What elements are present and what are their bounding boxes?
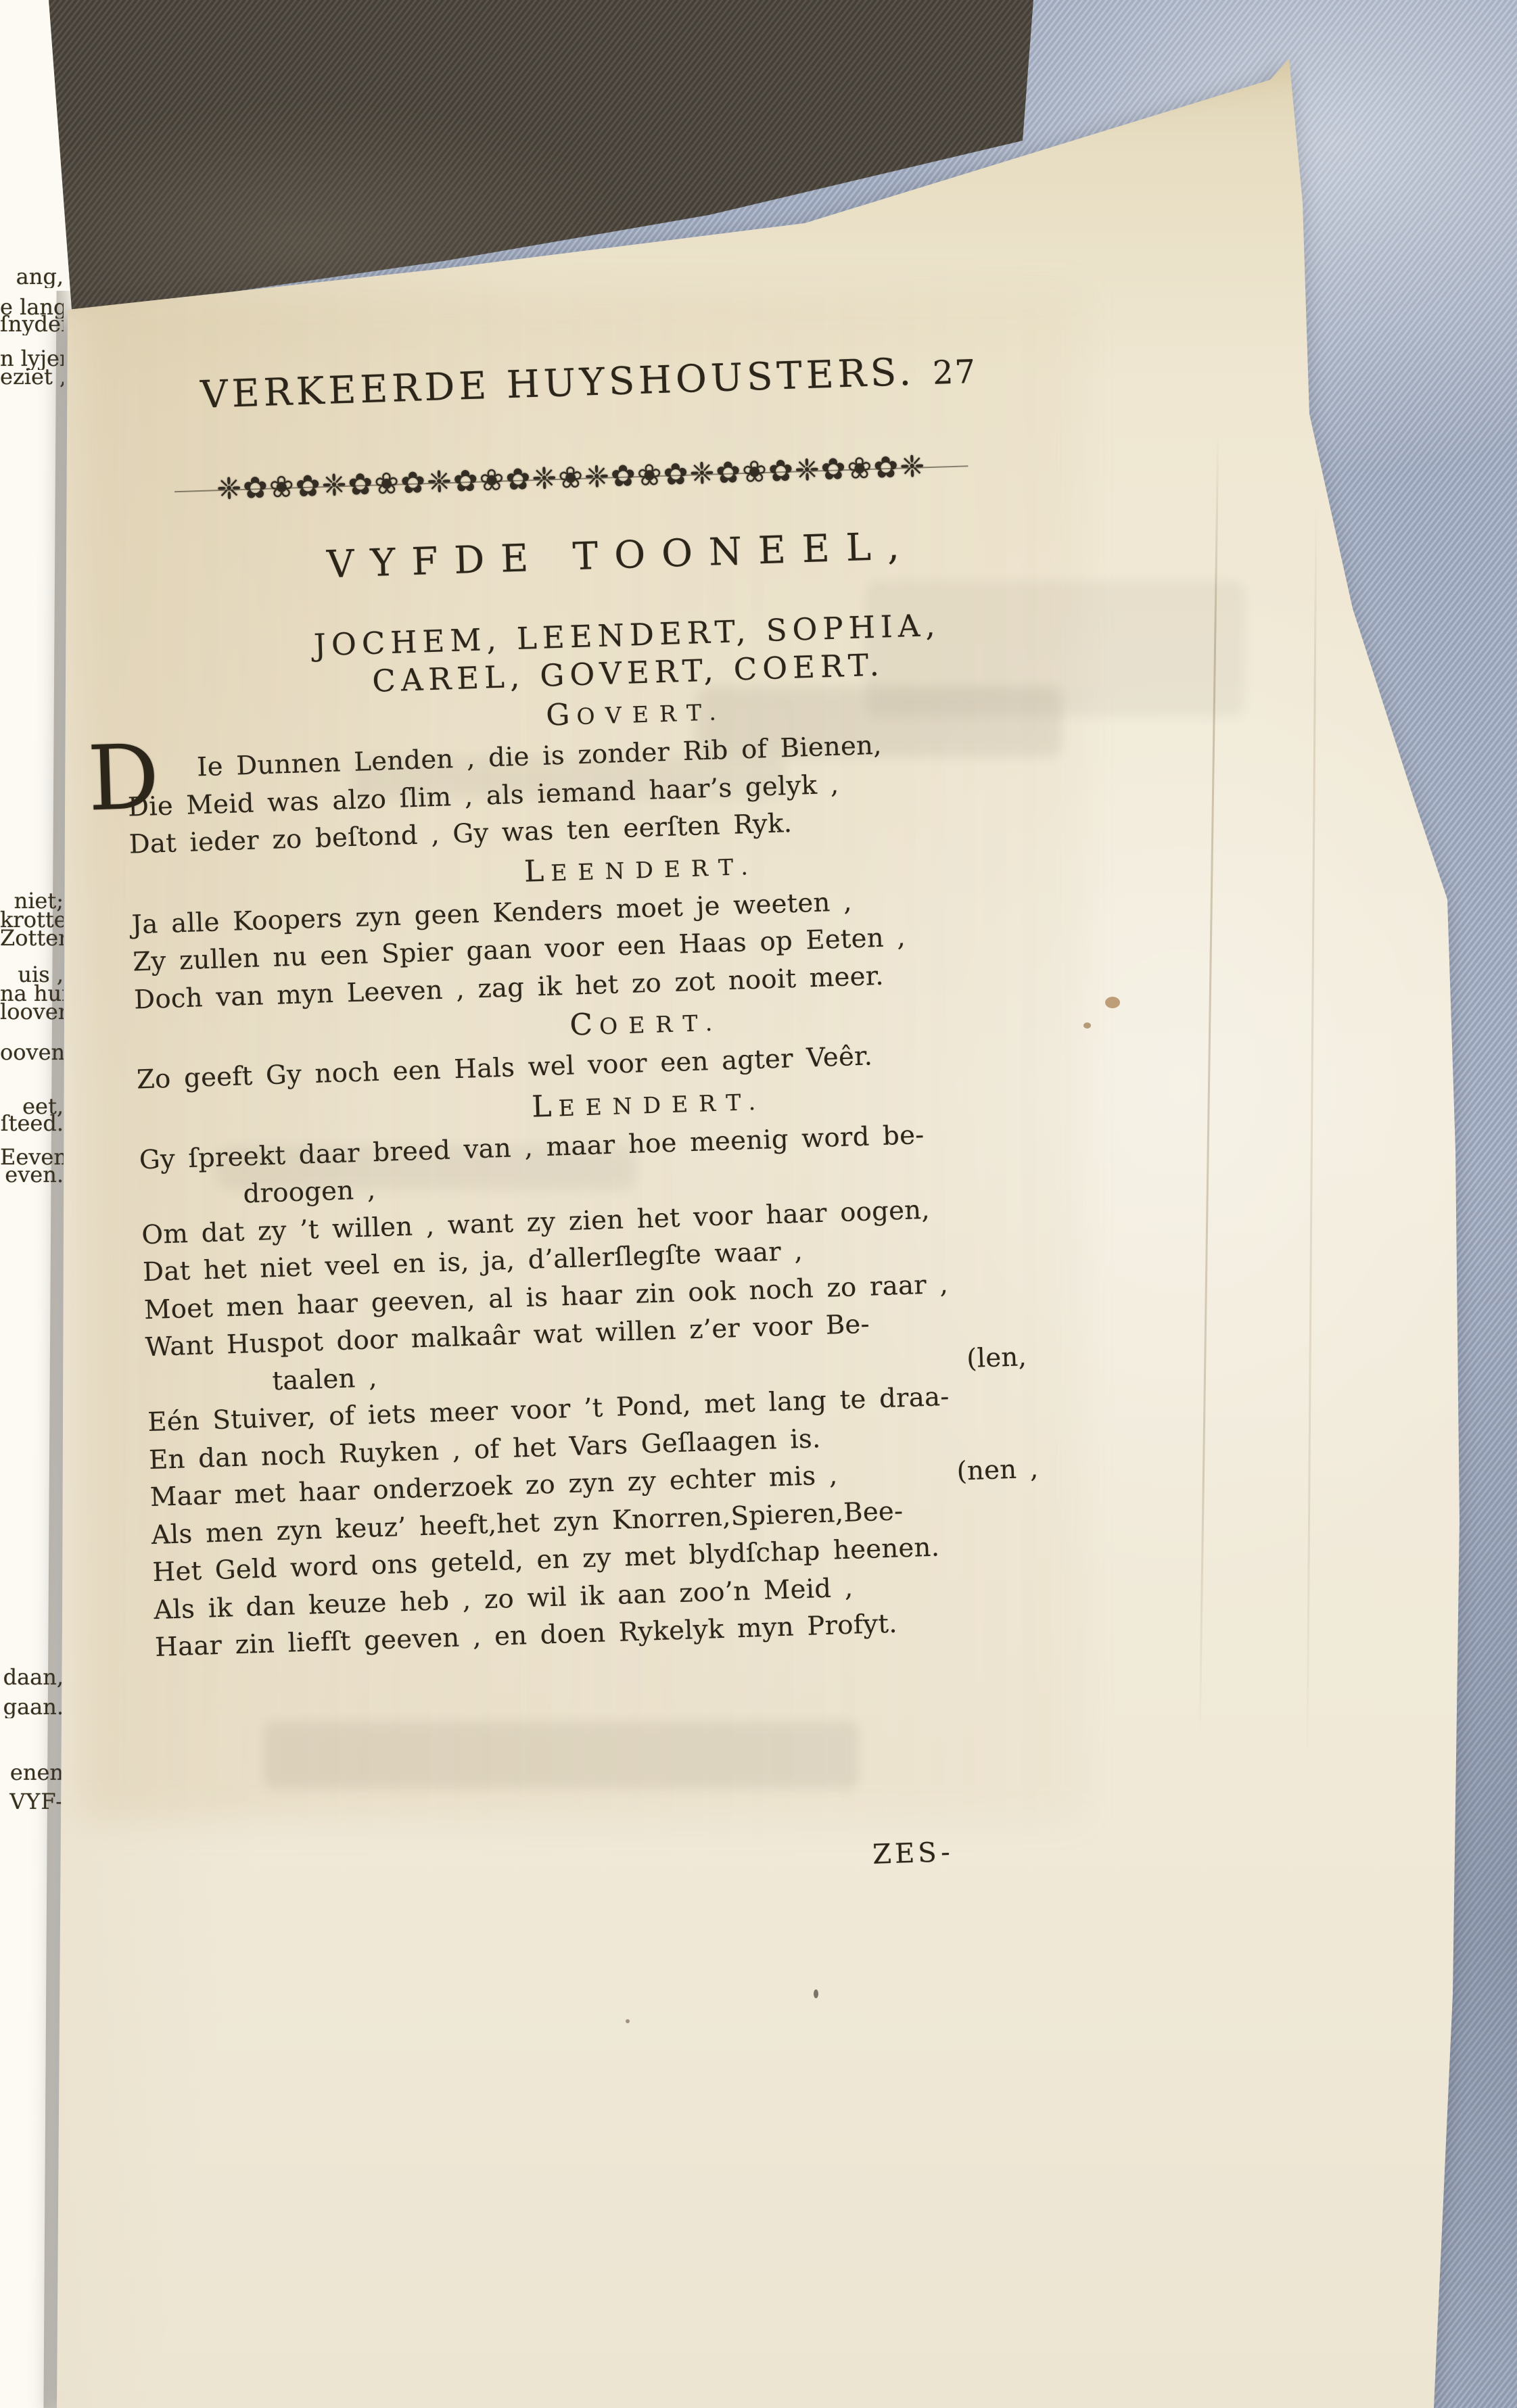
running-head-title: VERKEERDE HUYSHOUSTERS.	[200, 350, 916, 417]
paper-crease	[1306, 500, 1317, 1772]
catchword: ZES-	[162, 1831, 1070, 1894]
foxing-spot	[1105, 997, 1120, 1008]
text-column: VERKEERDE HUYSHOUSTERS.27 ❈✿❀✿❈✿❀✿❈✿❀✿❈❀…	[114, 337, 1070, 1895]
ink-fleck	[626, 2019, 630, 2023]
ink-fleck	[814, 1989, 818, 1998]
verse-text: taalen ,	[272, 1363, 378, 1396]
foxing-spot	[1083, 1022, 1091, 1029]
turnover-text: (nen ,	[956, 1450, 1039, 1490]
scene-title: VYFDE TOONEEL,	[120, 519, 1029, 596]
foxing-spot	[35, 655, 47, 663]
page-wrap: VERKEERDE HUYSHOUSTERS.27 ❈✿❀✿❈✿❀✿❈✿❀✿❈❀…	[0, 0, 1517, 2408]
page-top-toning	[27, 0, 1353, 329]
book-page-photo: ang, e lang, ſnyden. n lyjen; eziet , ni…	[0, 0, 1517, 2408]
page-number: 27	[932, 353, 977, 392]
turnover-text: (len,	[966, 1338, 1027, 1377]
printers-ornament: ❈✿❀✿❈✿❀✿❈✿❀✿❈❀❈✿❀✿❈✿❀✿❈✿❀✿❈	[168, 438, 975, 518]
paper-sheet: VERKEERDE HUYSHOUSTERS.27 ❈✿❀✿❈✿❀✿❈✿❀✿❈❀…	[0, 0, 1517, 2408]
